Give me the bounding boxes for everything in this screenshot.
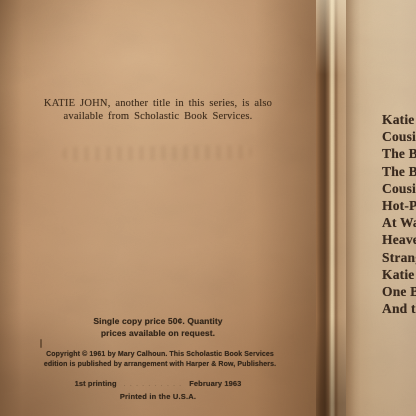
- toc-fragment: The Bi: [382, 145, 416, 162]
- price-notice-line2: prices available on request.: [2, 327, 314, 339]
- book-spread-photo: KATIE JOHN, another title in this series…: [0, 0, 416, 416]
- toc-fragment: Hot-Po: [382, 197, 416, 214]
- toc-fragment: Katie J: [382, 111, 416, 128]
- printed-in-usa: Printed in the U.S.A.: [2, 392, 314, 401]
- copyright-line1: Copyright © 1961 by Mary Calhoun. This S…: [2, 350, 318, 360]
- toc-fragment: Cousin: [382, 180, 416, 197]
- price-notice: Single copy price 50¢. Quantity prices a…: [2, 315, 314, 339]
- faded-stamp-mark: [62, 145, 252, 161]
- toc-fragment: Heaven: [382, 231, 416, 248]
- left-page: KATIE JOHN, another title in this series…: [0, 0, 318, 416]
- toc-fragment: Katie J: [382, 266, 416, 283]
- toc-fragment: One Bi: [382, 283, 416, 300]
- right-page: Katie J Cousin The Bi The Bi Cousin Hot-…: [346, 0, 416, 416]
- printing-label: 1st printing: [75, 379, 117, 388]
- copyright-line2: edition is published by arrangement with…: [2, 360, 318, 370]
- toc-fragment: The Bi: [382, 163, 416, 180]
- printing-leader-dots: . . . . . . . . . .: [124, 379, 183, 388]
- series-note-line1: KATIE JOHN, another title in this series…: [2, 97, 314, 110]
- series-note-line2: available from Scholastic Book Services.: [2, 110, 314, 123]
- ink-speck: [40, 339, 42, 348]
- toc-fragment: At War: [382, 214, 416, 231]
- printing-row: 1st printing . . . . . . . . . . Februar…: [2, 379, 314, 388]
- price-notice-line1: Single copy price 50¢. Quantity: [2, 315, 314, 327]
- series-note: KATIE JOHN, another title in this series…: [2, 97, 314, 123]
- toc-fragment-list: Katie J Cousin The Bi The Bi Cousin Hot-…: [382, 111, 416, 317]
- gutter-crease: [316, 0, 346, 416]
- printing-date: February 1963: [189, 379, 241, 388]
- copyright-notice: Copyright © 1961 by Mary Calhoun. This S…: [2, 350, 318, 370]
- toc-fragment: Strange: [382, 249, 416, 266]
- toc-fragment: And th: [382, 300, 416, 317]
- toc-fragment: Cousin: [382, 128, 416, 145]
